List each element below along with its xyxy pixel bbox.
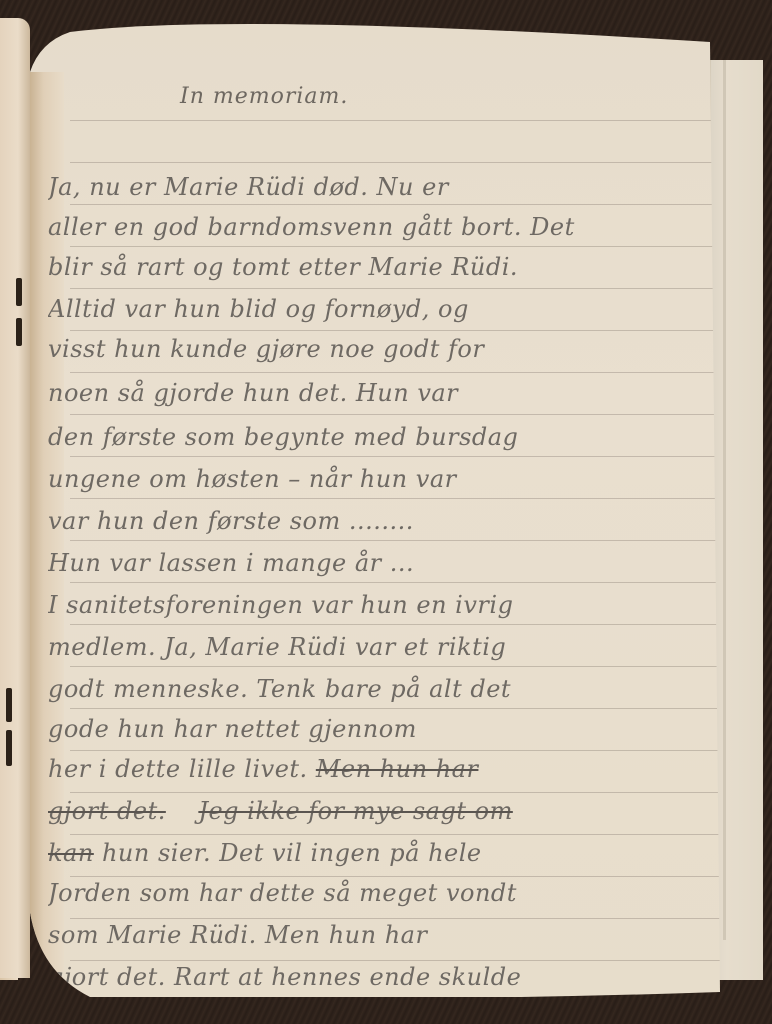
line-text: her i dette lille livet.: [48, 755, 308, 783]
handwritten-line: den første som begynte med bursdag: [48, 422, 708, 452]
ruled-line: [70, 708, 720, 709]
handwritten-line: aller en god barndomsvenn gått bort. Det: [48, 212, 708, 242]
handwritten-line: visst hun kunde gjøre noe godt for: [48, 334, 708, 364]
handwritten-line: godt menneske. Tenk bare på alt det: [48, 674, 708, 704]
binding-stitch: [16, 278, 22, 306]
notebook-page: In memoriam. Ja, nu er Marie Rüdi død. N…: [30, 12, 720, 997]
struck-text: Jeg ikke for mye sagt om: [198, 797, 512, 825]
ruled-line: [70, 246, 720, 247]
handwritten-line: gjort det. Jeg ikke for mye sagt om: [48, 796, 708, 826]
ruled-line: [70, 120, 720, 121]
page-fold: [723, 60, 726, 940]
ruled-line: [70, 456, 720, 457]
struck-text: gjort det.: [48, 797, 166, 825]
handwritten-line: noen så gjorde hun det. Hun var: [48, 378, 708, 408]
binding-stitch: [6, 730, 12, 766]
ruled-line: [70, 750, 720, 751]
handwritten-line: var hun den første som ........: [48, 506, 708, 536]
ruled-line: [70, 204, 720, 205]
handwritten-line: I sanitetsforeningen var hun en ivrig: [48, 590, 708, 620]
handwritten-line: gode hun har nettet gjennom: [48, 714, 708, 744]
handwritten-line: blir så rart og tomt etter Marie Rüdi.: [48, 252, 708, 282]
ruled-line: [70, 540, 720, 541]
photo-scene: In memoriam. Ja, nu er Marie Rüdi død. N…: [0, 0, 772, 1024]
ruled-line: [70, 960, 720, 961]
ruled-line: [70, 498, 720, 499]
handwritten-line: som Marie Rüdi. Men hun har: [48, 920, 708, 950]
handwritten-line: ungene om høsten – når hun var: [48, 464, 708, 494]
handwritten-line: gjort det. Rart at hennes ende skulde: [48, 962, 708, 992]
binding-stitch: [16, 318, 22, 346]
ruled-line: [70, 414, 720, 415]
handwritten-line: medlem. Ja, Marie Rüdi var et riktig: [48, 632, 708, 662]
handwritten-line: Hun var lassen i mange år ...: [48, 548, 708, 578]
struck-text: kan: [48, 839, 94, 867]
handwritten-line: Jorden som har dette så meget vondt: [48, 878, 708, 908]
ruled-line: [70, 162, 720, 163]
left-facing-page: [0, 18, 30, 978]
ruled-line: [70, 372, 720, 373]
page-heading: In memoriam.: [180, 84, 348, 109]
binding-stitch: [6, 688, 12, 722]
ruled-line: [70, 876, 720, 877]
handwritten-line: Ja, nu er Marie Rüdi død. Nu er: [48, 172, 708, 202]
handwritten-line: her i dette lille livet. Men hun har: [48, 754, 708, 784]
ruled-line: [70, 330, 720, 331]
ruled-line: [70, 918, 720, 919]
struck-text: Men hun har: [316, 755, 479, 783]
ruled-line: [70, 834, 720, 835]
ruled-line: [70, 666, 720, 667]
ruled-line: [70, 582, 720, 583]
handwritten-line: kan hun sier. Det vil ingen på hele: [48, 838, 708, 868]
handwritten-line: Alltid var hun blid og fornøyd, og: [48, 294, 708, 324]
ruled-line: [70, 624, 720, 625]
ruled-line: [70, 288, 720, 289]
line-text: hun sier. Det vil ingen på hele: [102, 839, 482, 867]
ruled-line: [70, 792, 720, 793]
